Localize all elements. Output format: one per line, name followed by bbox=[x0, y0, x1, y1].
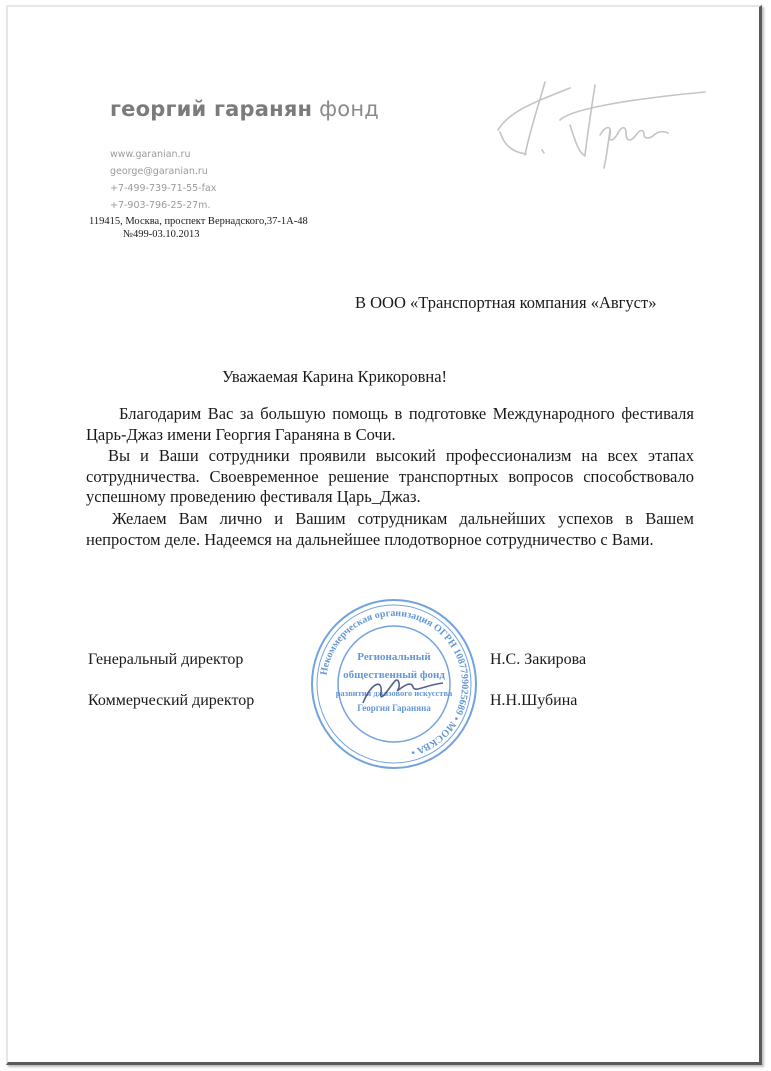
paragraph-text: Желаем Вам лично и Вашим сотрудникам дал… bbox=[86, 509, 694, 550]
body-paragraph-1: Благодарим Вас за большую помощь в подго… bbox=[86, 404, 694, 445]
reference-number: №499-03.10.2013 bbox=[123, 229, 200, 240]
signatory-name-1: Н.С. Закирова bbox=[490, 651, 586, 669]
signatory-title-2: Коммерческий директор bbox=[88, 692, 254, 710]
svg-text:Георгия Гараняна: Георгия Гараняна bbox=[357, 703, 431, 713]
paragraph-text: Вы и Ваши сотрудники проявили высокий пр… bbox=[86, 446, 694, 508]
svg-text:общественный фонд: общественный фонд bbox=[343, 669, 445, 681]
mobile-number: +7-903-796-25-27m. bbox=[110, 200, 210, 211]
body-paragraph-3: Желаем Вам лично и Вашим сотрудникам дал… bbox=[86, 509, 694, 550]
website-link[interactable]: www.garanian.ru bbox=[110, 149, 191, 160]
email-link[interactable]: george@garanian.ru bbox=[110, 166, 208, 177]
official-stamp-icon: Некоммерческая организация ОГРН 10877990… bbox=[308, 598, 480, 770]
svg-text:Региональный: Региональный bbox=[357, 651, 431, 663]
postal-address: 119415, Москва, проспект Вернадского,37-… bbox=[89, 216, 308, 227]
paragraph-text: Благодарим Вас за большую помощь в подго… bbox=[86, 404, 694, 445]
foundation-logo: георгий гаранян фонд bbox=[110, 97, 379, 121]
logo-suffix: фонд bbox=[319, 97, 379, 121]
fax-number: +7-499-739-71-55-fax bbox=[110, 183, 216, 194]
signatory-title-1: Генеральный директор bbox=[88, 651, 243, 669]
logo-name: георгий гаранян bbox=[110, 97, 312, 121]
svg-text:развития джазового искусства: развития джазового искусства bbox=[336, 688, 453, 698]
recipient-line: В ООО «Транспортная компания «Август» bbox=[355, 293, 656, 313]
body-paragraph-2: Вы и Ваши сотрудники проявили высокий пр… bbox=[86, 446, 694, 508]
signatory-name-2: Н.Н.Шубина bbox=[490, 692, 577, 710]
greeting: Уважаемая Карина Крикоровна! bbox=[222, 367, 447, 387]
founder-signature-icon bbox=[490, 70, 710, 170]
